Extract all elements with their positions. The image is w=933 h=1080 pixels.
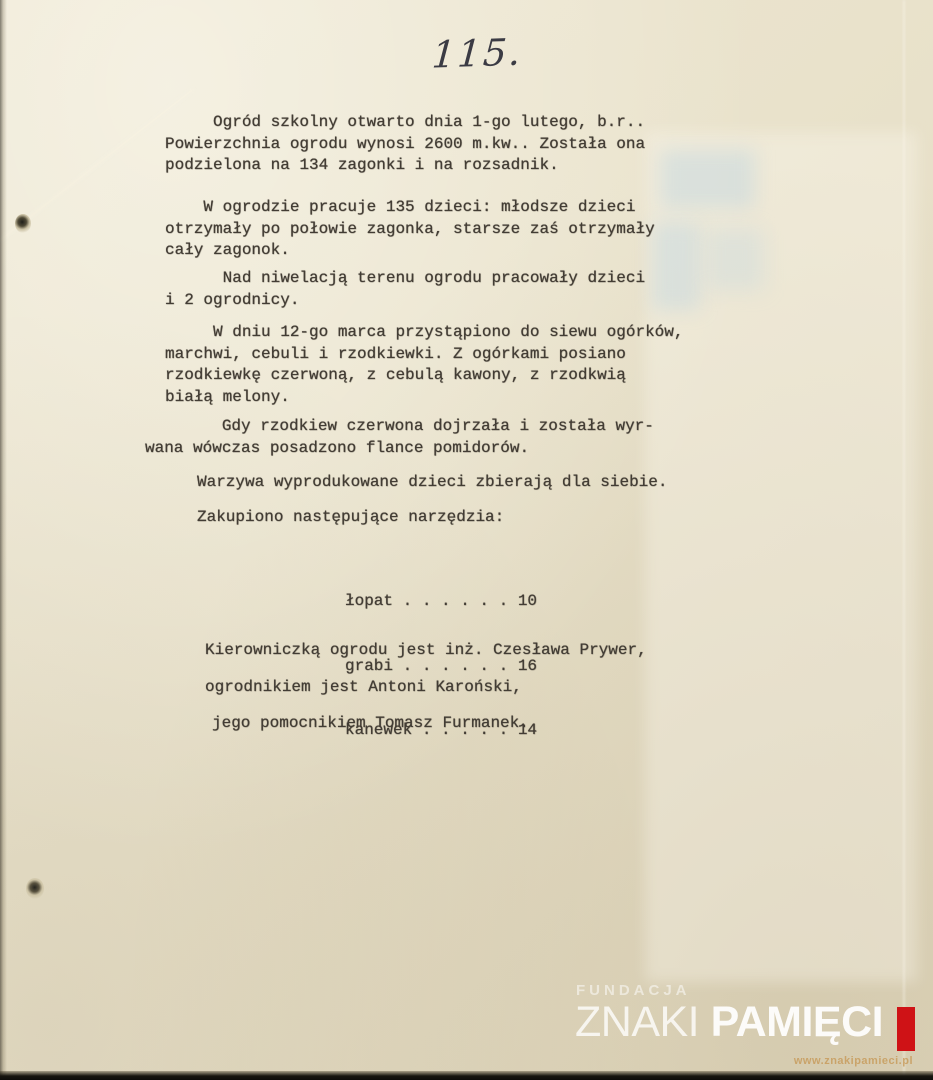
typewritten-paragraph: Gdy rzodkiew czerwona dojrzała i została… [145,416,654,459]
typewritten-paragraph: jego pomocnikiem Tomasz Furmanek. [212,713,529,735]
showthrough-mark [660,150,755,208]
watermark-name: ZNAKI PAMIĘCI [575,999,883,1045]
typewritten-paragraph: W dniu 12-go marca przystąpiono do siewu… [165,322,683,408]
paper-hole [15,214,31,233]
typewritten-paragraph: W ogrodzie pracuje 135 dzieci: młodsze d… [165,197,655,262]
tools-list: łopat . . . . . . 10 grabi . . . . . . 1… [345,548,537,785]
typewritten-paragraph: ogrodnikiem jest Antoni Karoński, [205,677,522,699]
red-block-logo-mark [897,1007,915,1051]
scanned-page: 115. Ogród szkolny otwarto dnia 1-go lut… [0,0,933,1080]
watermark-name-light: ZNAKI [575,998,699,1046]
tool-list-item: łopat . . . . . . 10 [345,591,537,613]
showthrough-mark [652,222,700,310]
watermark: FUNDACJA ZNAKI PAMIĘCI www.znakipamieci.… [575,982,915,1072]
typewritten-paragraph: Nad niwelacją terenu ogrodu pracowały dz… [165,268,645,311]
watermark-foundation-label: FUNDACJA [576,982,691,999]
typewritten-paragraph: Zakupiono następujące narzędzia: [197,507,504,529]
scan-bottom-edge [0,1071,933,1080]
scan-left-edge-shadow [0,0,7,1080]
typewritten-paragraph: Warzywa wyprodukowane dzieci zbierają dl… [197,472,667,494]
typewritten-paragraph: Kierowniczką ogrodu jest inż. Czesława P… [205,640,647,662]
paper-hole [26,878,44,899]
paper-sheet: 115. Ogród szkolny otwarto dnia 1-go lut… [0,0,933,1080]
page-number-handwritten: 115. [431,30,524,76]
typewritten-paragraph: Ogród szkolny otwarto dnia 1-go lutego, … [165,112,645,177]
showthrough-mark [706,228,764,290]
paper-crease [903,0,905,1080]
watermark-url: www.znakipamieci.pl [794,1055,913,1067]
watermark-name-bold: PAMIĘCI [711,998,884,1046]
